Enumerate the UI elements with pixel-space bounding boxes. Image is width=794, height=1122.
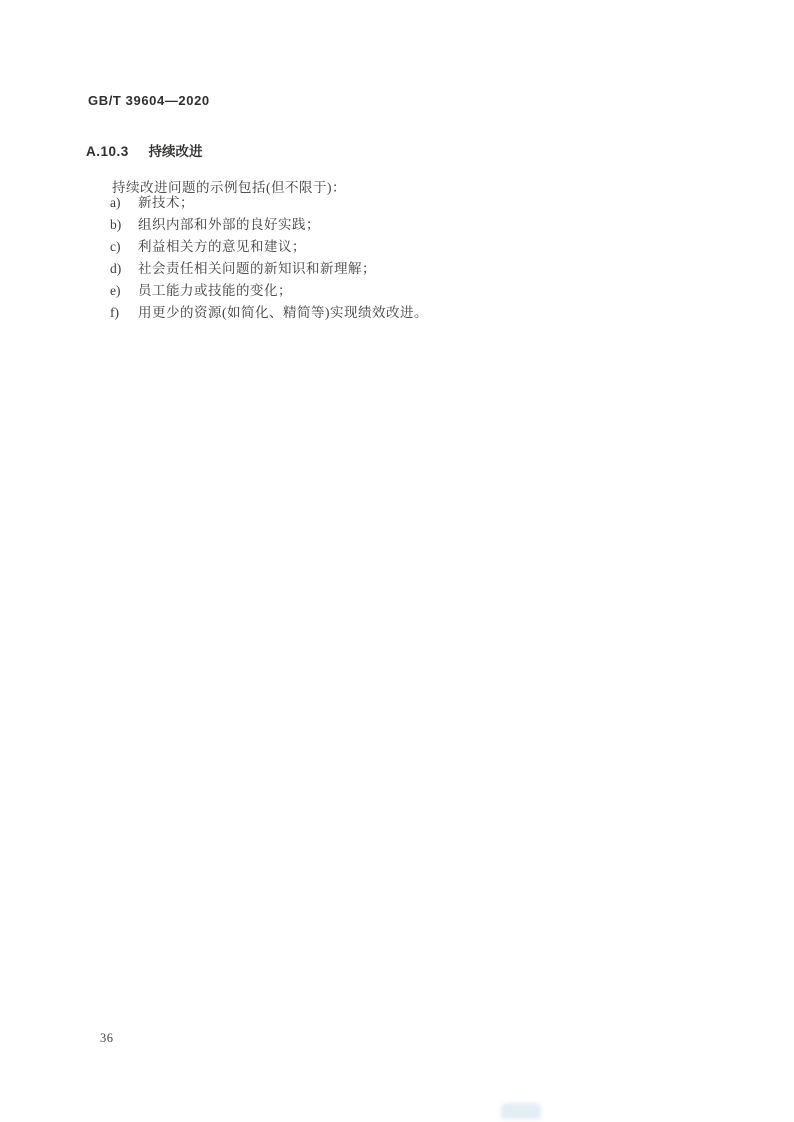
list-item: f) 用更少的资源(如简化、精简等)实现绩效改进。 (110, 302, 428, 324)
section-title: 持续改进 (149, 144, 203, 159)
running-header: GB/T 39604—2020 (88, 93, 210, 108)
list-item-text: 组织内部和外部的良好实践； (138, 214, 320, 236)
section-number: A.10.3 (86, 144, 129, 159)
list-item: e) 员工能力或技能的变化； (110, 280, 428, 302)
list-item-text: 利益相关方的意见和建议； (138, 236, 306, 258)
list-item-marker: c) (110, 236, 138, 258)
scan-artifact (501, 1103, 541, 1119)
page-number: 36 (100, 1031, 114, 1046)
list-item-text: 员工能力或技能的变化； (138, 280, 292, 302)
list-item-marker: a) (110, 192, 138, 214)
list-item-text: 新技术； (138, 192, 194, 214)
list-item-marker: f) (110, 302, 138, 324)
list-item-marker: b) (110, 214, 138, 236)
list-item-marker: d) (110, 258, 138, 280)
list-item: a) 新技术； (110, 192, 428, 214)
section-heading: A.10.3 持续改进 (86, 140, 203, 160)
list-item-text: 用更少的资源(如简化、精简等)实现绩效改进。 (138, 302, 428, 324)
lettered-list: a) 新技术； b) 组织内部和外部的良好实践； c) 利益相关方的意见和建议；… (110, 192, 428, 324)
list-item-marker: e) (110, 280, 138, 302)
list-item: d) 社会责任相关问题的新知识和新理解； (110, 258, 428, 280)
list-item: b) 组织内部和外部的良好实践； (110, 214, 428, 236)
list-item-text: 社会责任相关问题的新知识和新理解； (138, 258, 376, 280)
document-page: GB/T 39604—2020 A.10.3 持续改进 持续改进问题的示例包括(… (0, 0, 794, 1122)
list-item: c) 利益相关方的意见和建议； (110, 236, 428, 258)
